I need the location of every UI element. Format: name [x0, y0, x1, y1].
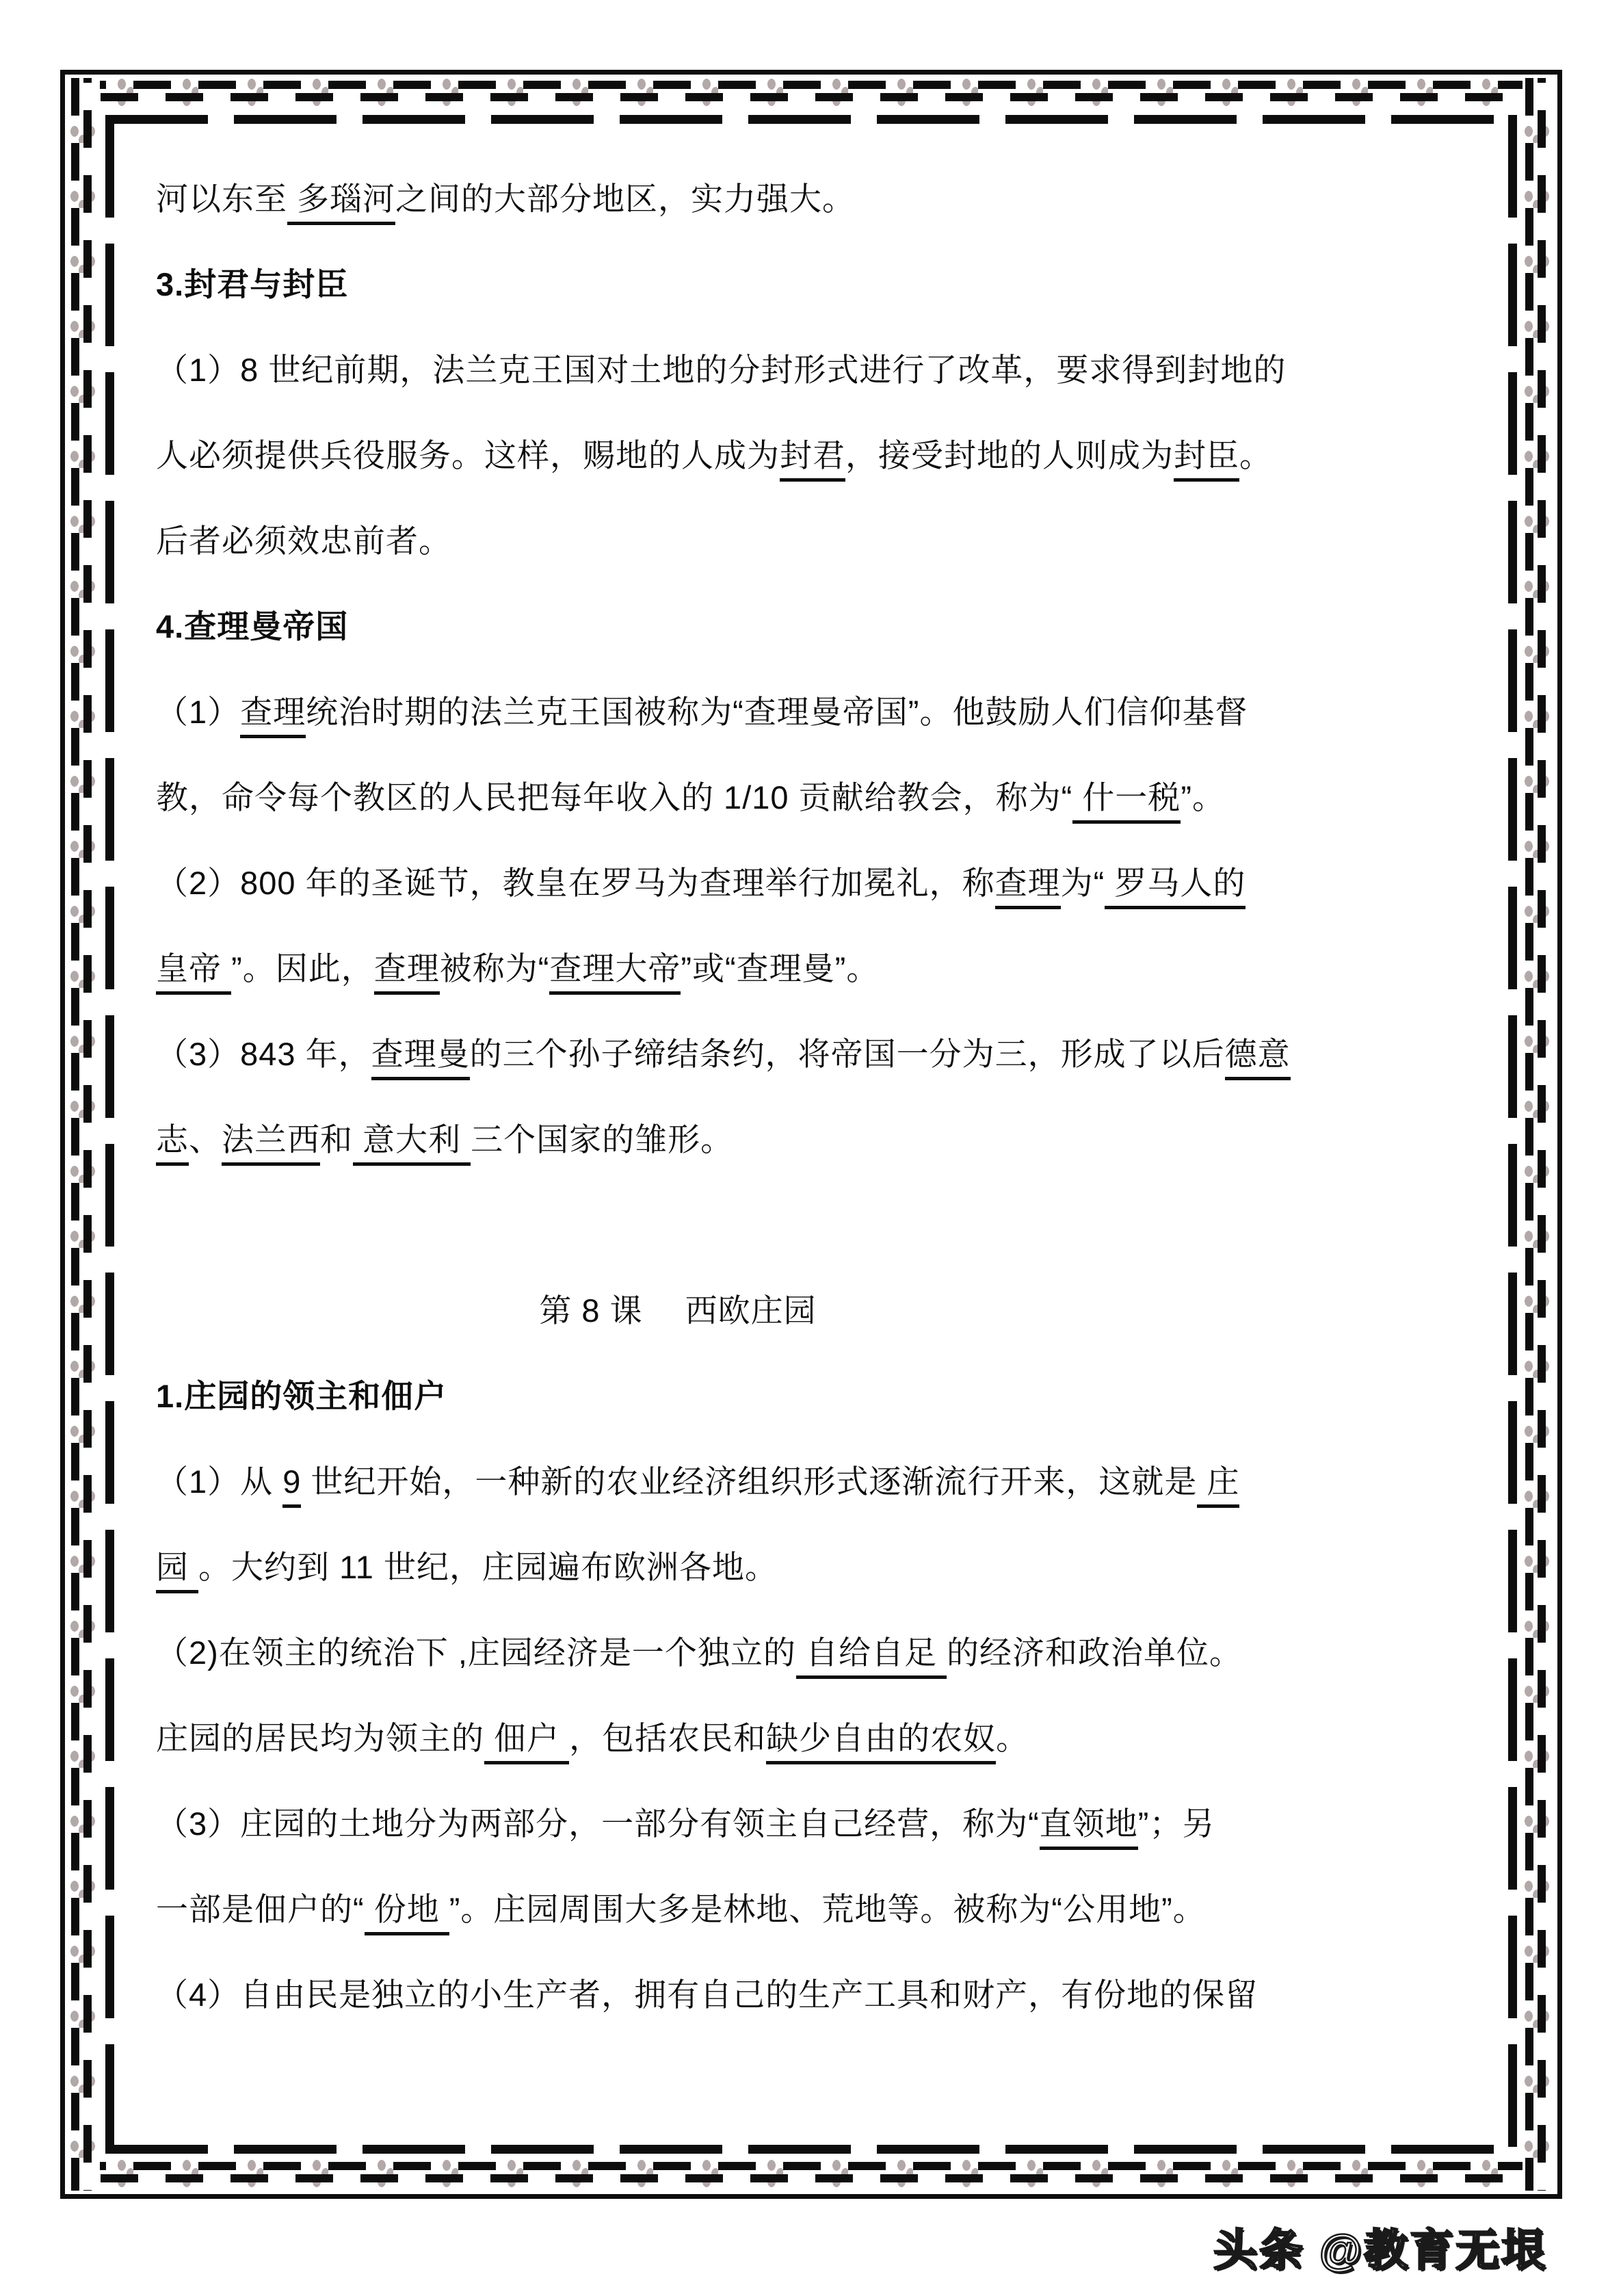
spacer-line — [156, 1182, 1473, 1268]
text-line: 教，命令每个教区的人民把每年收入的 1/10 贡献给教会，称为“ 什一税”。 — [156, 755, 1473, 840]
text-line: 园 。大约到 11 世纪，庄园遍布欧洲各地。 — [156, 1524, 1473, 1610]
border-inner-dash-bottom — [105, 2145, 1517, 2154]
underlined-term: 什一税 — [1072, 779, 1181, 824]
text-line: 皇帝 ”。因此，查理被称为“查理大帝”或“查理曼”。 — [156, 926, 1473, 1011]
watermark: 头条 @教育无垠 — [1213, 2215, 1547, 2278]
underlined-term: 份地 — [365, 1891, 449, 1935]
border-inner-dash-right — [1508, 115, 1517, 2154]
underlined-term: 园 — [156, 1549, 198, 1593]
decorative-border-frame: 河以东至 多瑙河之间的大部分地区，实力强大。3.封君与封臣（1）8 世纪前期，法… — [60, 70, 1562, 2199]
underlined-term: 查理 — [374, 950, 440, 995]
underlined-term: 自给自足 — [796, 1634, 947, 1679]
text-line: 人必须提供兵役服务。这样，赐地的人成为封君，接受封地的人则成为封臣。 — [156, 413, 1473, 498]
border-pattern-right — [1523, 78, 1554, 2191]
section-heading: 3.封君与封臣 — [156, 242, 1473, 327]
underlined-term: 查理曼 — [371, 1036, 470, 1080]
border-inner-dash-top — [105, 115, 1517, 124]
text-line: 志、法兰西和 意大利 三个国家的雏形。 — [156, 1097, 1473, 1182]
text-line: 庄园的居民均为领主的 佃户 ，包括农民和缺少自由的农奴。 — [156, 1695, 1473, 1781]
text-line: （2)在领主的统治下 ,庄园经济是一个独立的 自给自足 的经济和政治单位。 — [156, 1610, 1473, 1695]
border-pattern-left — [68, 78, 100, 2191]
underlined-term: 佃户 — [484, 1720, 569, 1764]
underlined-term: 封君 — [780, 437, 845, 482]
underlined-term: 志 — [156, 1121, 189, 1166]
text-line: （1）8 世纪前期，法兰克王国对土地的分封形式进行了改革，要求得到封地的 — [156, 327, 1473, 413]
underlined-term: 多瑙河 — [287, 181, 395, 225]
underlined-term: 意大利 — [353, 1121, 471, 1166]
underlined-term: 9 — [282, 1463, 301, 1508]
underlined-term: 查理 — [995, 865, 1061, 909]
underlined-term: 德意 — [1225, 1036, 1291, 1080]
text-line: （1）查理统治时期的法兰克王国被称为“查理曼帝国”。他鼓励人们信仰基督 — [156, 669, 1473, 755]
text-line: 一部是佃户的“ 份地 ”。庄园周围大多是林地、荒地等。被称为“公用地”。 — [156, 1866, 1473, 1952]
text-line: （3）庄园的土地分为两部分，一部分有领主自己经营，称为“直领地”；另 — [156, 1781, 1473, 1866]
border-inner-dash-left — [105, 115, 114, 2154]
underlined-term: 皇帝 — [156, 950, 231, 995]
text-line: 河以东至 多瑙河之间的大部分地区，实力强大。 — [156, 156, 1473, 242]
underlined-term: 法兰西 — [222, 1121, 320, 1166]
section-heading: 4.查理曼帝国 — [156, 584, 1473, 669]
text-line: （1）从 9 世纪开始，一种新的农业经济组织形式逐渐流行开来，这就是 庄 — [156, 1439, 1473, 1524]
underlined-term: 缺少自由的农奴 — [766, 1720, 996, 1764]
document-lines: 河以东至 多瑙河之间的大部分地区，实力强大。3.封君与封臣（1）8 世纪前期，法… — [156, 156, 1473, 2037]
underlined-term: 查理大帝 — [549, 950, 681, 995]
underlined-term: 罗马人的 — [1105, 865, 1246, 909]
section-heading: 1.庄园的领主和佃户 — [156, 1353, 1473, 1439]
underlined-term: 庄 — [1197, 1463, 1239, 1508]
border-pattern-top — [68, 78, 1554, 109]
text-line: 后者必须效忠前者。 — [156, 498, 1473, 584]
text-line: （4）自由民是独立的小生产者，拥有自己的生产工具和财产，有份地的保留 — [156, 1952, 1473, 2037]
text-line: （2）800 年的圣诞节，教皇在罗马为查理举行加冕礼，称查理为“ 罗马人的 — [156, 840, 1473, 926]
chapter-title: 第 8 课 西欧庄园 — [19, 1268, 1336, 1353]
underlined-term: 直领地 — [1040, 1805, 1138, 1850]
underlined-term: 查理 — [240, 694, 306, 738]
border-pattern-bottom — [68, 2159, 1554, 2191]
underlined-term: 封臣 — [1174, 437, 1239, 482]
text-line: （3）843 年，查理曼的三个孙子缔结条约，将帝国一分为三，形成了以后德意 — [156, 1011, 1473, 1097]
